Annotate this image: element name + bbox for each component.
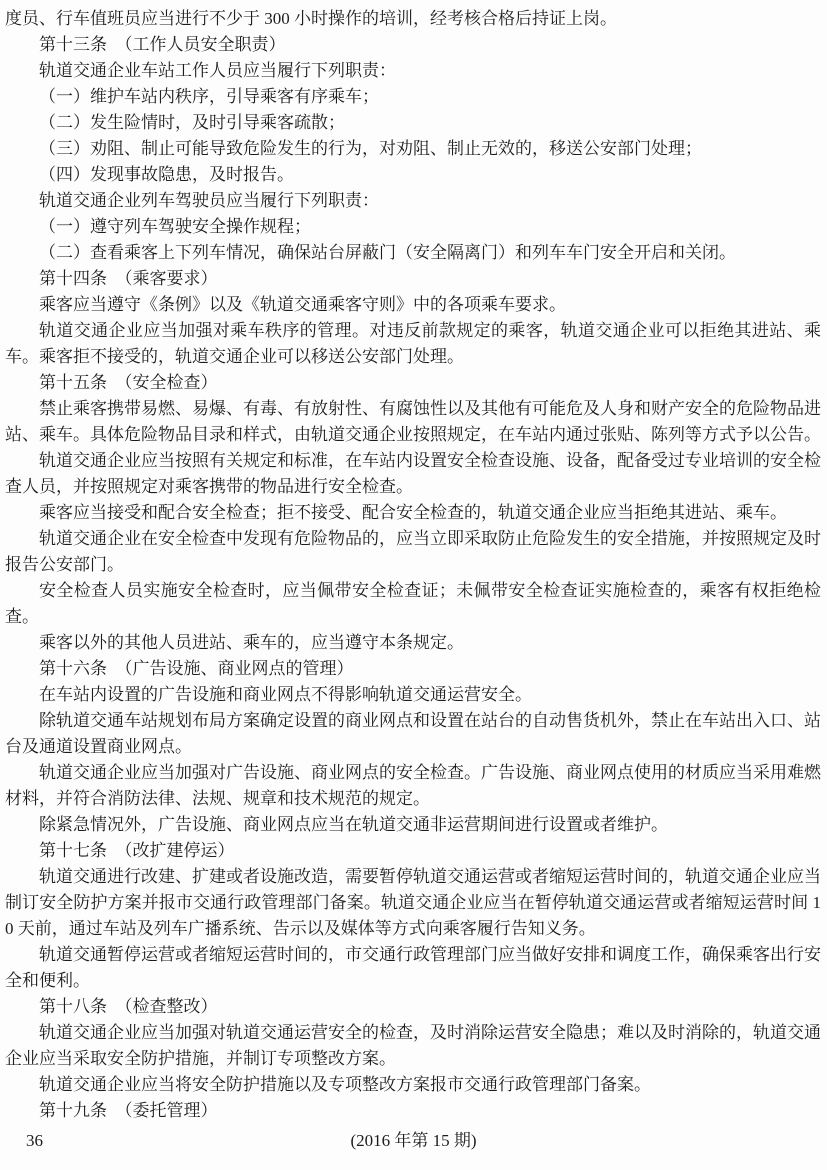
article-heading: 第十四条 （乘客要求） — [5, 266, 821, 292]
paragraph: 轨道交通企业车站工作人员应当履行下列职责： — [5, 58, 821, 84]
paragraph: 轨道交通暂停运营或者缩短运营时间的，市交通行政管理部门应当做好安排和调度工作，确… — [5, 942, 821, 994]
paragraph: 除紧急情况外，广告设施、商业网点应当在轨道交通非运营期间进行设置或者维护。 — [5, 812, 821, 838]
paragraph: 轨道交通企业列车驾驶员应当履行下列职责： — [5, 188, 821, 214]
document-body: 度员、行车值班员应当进行不少于 300 小时操作的培训，经考核合格后持证上岗。第… — [5, 6, 821, 1124]
paragraph: 乘客应当遵守《条例》以及《轨道交通乘客守则》中的各项乘车要求。 — [5, 292, 821, 318]
paragraph: 轨道交通企业应当加强对轨道交通运营安全的检查，及时消除运营安全隐患；难以及时消除… — [5, 1020, 821, 1072]
article-heading: 第十八条 （检查整改） — [5, 994, 821, 1020]
paragraph: 轨道交通企业在安全检查中发现有危险物品的，应当立即采取防止危险发生的安全措施，并… — [5, 526, 821, 578]
article-heading: 第十三条 （工作人员安全职责） — [5, 32, 821, 58]
paragraph: 轨道交通企业应当将安全防护措施以及专项整改方案报市交通行政管理部门备案。 — [5, 1072, 821, 1098]
document-page: 度员、行车值班员应当进行不少于 300 小时操作的培训，经考核合格后持证上岗。第… — [0, 0, 827, 1170]
paragraph: 乘客应当接受和配合安全检查；拒不接受、配合安全检查的，轨道交通企业应当拒绝其进站… — [5, 500, 821, 526]
paragraph: 轨道交通进行改建、扩建或者设施改造，需要暂停轨道交通运营或者缩短运营时间的，轨道… — [5, 864, 821, 942]
paragraph: 除轨道交通车站规划布局方案确定设置的商业网点和设置在站台的自动售货机外，禁止在车… — [5, 708, 821, 760]
paragraph: 安全检查人员实施安全检查时，应当佩带安全检查证；未佩带安全检查证实施检查的，乘客… — [5, 578, 821, 630]
page-footer: 36 (2016 年第 15 期) — [0, 1128, 827, 1154]
paragraph: （四）发现事故隐患，及时报告。 — [5, 162, 821, 188]
article-heading: 第十五条 （安全检查） — [5, 370, 821, 396]
paragraph: （二）查看乘客上下列车情况，确保站台屏蔽门（安全隔离门）和列车车门安全开启和关闭… — [5, 240, 821, 266]
issue-label: (2016 年第 15 期) — [0, 1128, 827, 1154]
paragraph: （二）发生险情时，及时引导乘客疏散； — [5, 110, 821, 136]
paragraph: （一）维护车站内秩序，引导乘客有序乘车； — [5, 84, 821, 110]
page-number: 36 — [26, 1128, 43, 1154]
paragraph: 轨道交通企业应当加强对乘车秩序的管理。对违反前款规定的乘客，轨道交通企业可以拒绝… — [5, 318, 821, 370]
paragraph: （一）遵守列车驾驶安全操作规程； — [5, 214, 821, 240]
article-heading: 第十六条 （广告设施、商业网点的管理） — [5, 656, 821, 682]
article-heading: 第十九条 （委托管理） — [5, 1098, 821, 1124]
paragraph: 在车站内设置的广告设施和商业网点不得影响轨道交通运营安全。 — [5, 682, 821, 708]
article-heading: 第十七条 （改扩建停运） — [5, 838, 821, 864]
paragraph: （三）劝阻、制止可能导致危险发生的行为，对劝阻、制止无效的，移送公安部门处理； — [5, 136, 821, 162]
paragraph: 乘客以外的其他人员进站、乘车的，应当遵守本条规定。 — [5, 630, 821, 656]
paragraph: 禁止乘客携带易燃、易爆、有毒、有放射性、有腐蚀性以及其他有可能危及人身和财产安全… — [5, 396, 821, 448]
paragraph: 轨道交通企业应当按照有关规定和标准，在车站内设置安全检查设施、设备，配备受过专业… — [5, 448, 821, 500]
paragraph: 度员、行车值班员应当进行不少于 300 小时操作的培训，经考核合格后持证上岗。 — [5, 6, 821, 32]
paragraph: 轨道交通企业应当加强对广告设施、商业网点的安全检查。广告设施、商业网点使用的材质… — [5, 760, 821, 812]
